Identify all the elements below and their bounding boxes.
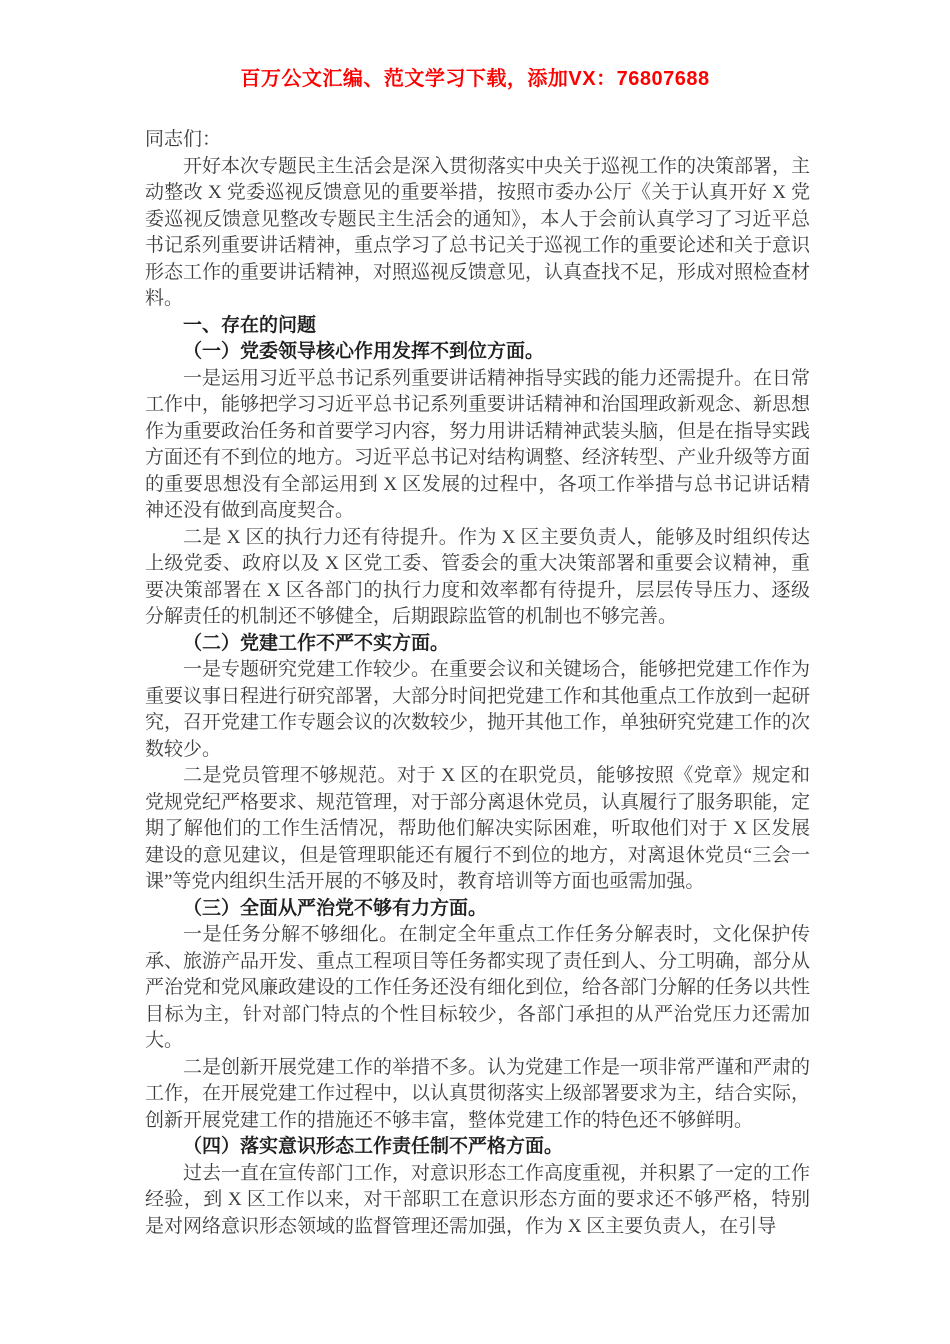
subsection-heading: （二）党建工作不严不实方面。 — [145, 631, 810, 658]
subsection-heading: （一）党委领导核心作用发挥不到位方面。 — [145, 339, 810, 366]
paragraph: 二是 X 区的执行力还有待提升。作为 X 区主要负责人，能够及时组织传达上级党委… — [145, 525, 810, 631]
document-page: 百万公文汇编、范文学习下载，添加VX：76807688 同志们：开好本次专题民主… — [0, 0, 950, 1344]
paragraph: 二是创新开展党建工作的举措不多。认为党建工作是一项非常严谨和严肃的工作，在开展党… — [145, 1055, 810, 1135]
paragraph: 一是运用习近平总书记系列重要讲话精神指导实践的能力还需提升。在日常工作中，能够把… — [145, 366, 810, 525]
salutation: 同志们： — [145, 127, 810, 154]
paragraph: 过去一直在宣传部门工作，对意识形态工作高度重视，并积累了一定的工作经验，到 X … — [145, 1161, 810, 1241]
paragraph: 一是专题研究党建工作较少。在重要会议和关键场合，能够把党建工作作为重要议事日程进… — [145, 657, 810, 763]
paragraph: 二是党员管理不够规范。对于 X 区的在职党员，能够按照《党章》规定和党规党纪严格… — [145, 763, 810, 896]
promo-banner-text: 百万公文汇编、范文学习下载，添加VX：76807688 — [0, 0, 950, 94]
subsection-heading: （四）落实意识形态工作责任制不严格方面。 — [145, 1134, 810, 1161]
paragraph: 开好本次专题民主生活会是深入贯彻落实中央关于巡视工作的决策部署，主动整改 X 党… — [145, 154, 810, 313]
section-heading: 一、存在的问题 — [145, 313, 810, 340]
subsection-heading: （三）全面从严治党不够有力方面。 — [145, 896, 810, 923]
paragraph: 一是任务分解不够细化。在制定全年重点工作任务分解表时，文化保护传承、旅游产品开发… — [145, 922, 810, 1055]
document-body: 同志们：开好本次专题民主生活会是深入贯彻落实中央关于巡视工作的决策部署，主动整改… — [145, 127, 810, 1240]
